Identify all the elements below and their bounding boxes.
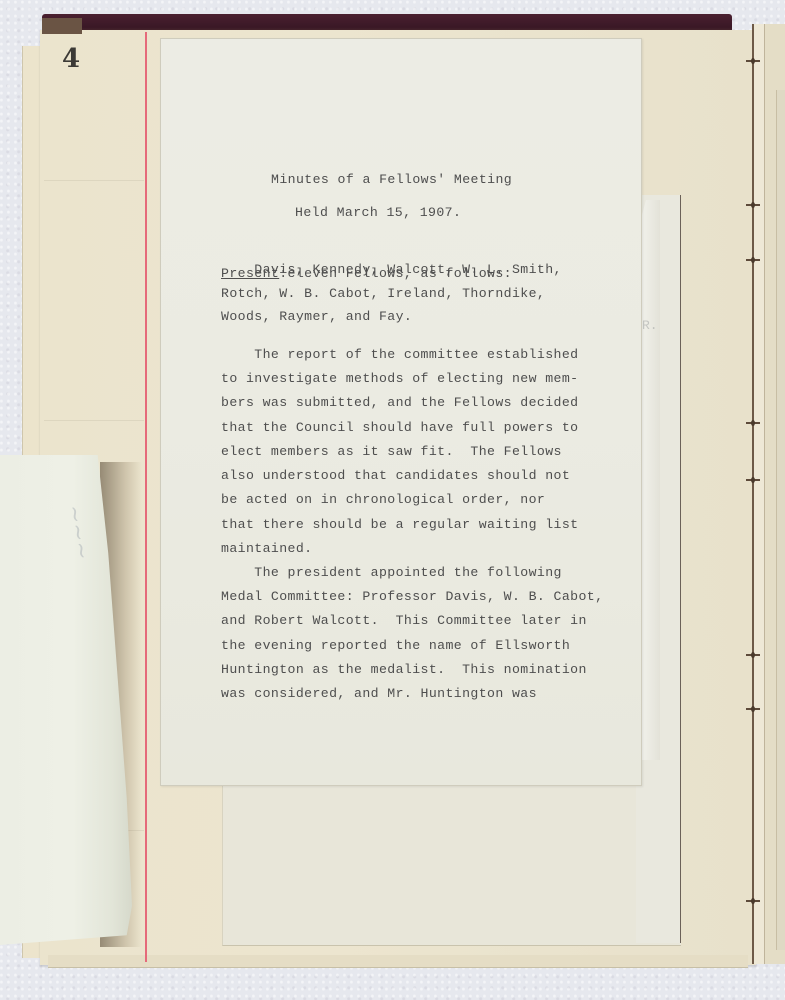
bleed-through-text: R. bbox=[642, 318, 658, 333]
red-margin-line bbox=[145, 32, 147, 962]
ruled-line bbox=[44, 420, 144, 421]
document-line: also understood that candidates should n… bbox=[221, 469, 570, 482]
cover-corner bbox=[42, 18, 82, 34]
document-line: The president appointed the following bbox=[221, 566, 562, 579]
document-line: that there should be a regular waiting l… bbox=[221, 518, 579, 531]
ruled-line bbox=[44, 180, 144, 181]
document-line: The report of the committee established bbox=[221, 348, 579, 361]
stitch-icon bbox=[746, 58, 760, 64]
document-line: bers was submitted, and the Fellows deci… bbox=[221, 396, 579, 409]
document-line: was considered, and Mr. Huntington was bbox=[221, 687, 537, 700]
binding-strip bbox=[754, 24, 764, 964]
document-line: to investigate methods of electing new m… bbox=[221, 372, 579, 385]
binding-thread bbox=[752, 24, 754, 964]
document-line: and Robert Walcott. This Committee later… bbox=[221, 614, 587, 627]
document-line: the evening reported the name of Ellswor… bbox=[221, 639, 570, 652]
page-number: 4 bbox=[62, 44, 80, 74]
document-line: be acted on in chronological order, nor bbox=[221, 493, 545, 506]
document-title: Minutes of a Fellows' Meeting bbox=[271, 173, 512, 186]
document-date: Held March 15, 1907. bbox=[295, 206, 461, 219]
next-page-inner-sheet bbox=[776, 90, 785, 950]
stitch-icon bbox=[746, 420, 760, 426]
back-sheet-bottom bbox=[222, 780, 681, 946]
document-line: Rotch, W. B. Cabot, Ireland, Thorndike, bbox=[221, 287, 545, 300]
document-line: Davis, Kennedy, Walcott, W. L. Smith, bbox=[221, 263, 562, 276]
document-line: Medal Committee: Professor Davis, W. B. … bbox=[221, 590, 603, 603]
stitch-icon bbox=[746, 898, 760, 904]
document-line: maintained. bbox=[221, 542, 312, 555]
stitch-icon bbox=[746, 652, 760, 658]
document-line: that the Council should have full powers… bbox=[221, 421, 579, 434]
document-line: Huntington as the medalist. This nominat… bbox=[221, 663, 587, 676]
stitch-icon bbox=[746, 477, 760, 483]
stitch-icon bbox=[746, 202, 760, 208]
stitch-icon bbox=[746, 706, 760, 712]
typed-minutes-sheet: Minutes of a Fellows' Meeting Held March… bbox=[160, 38, 642, 786]
page-bottom-edge bbox=[48, 955, 748, 968]
stitch-icon bbox=[746, 257, 760, 263]
back-sheet-fold bbox=[640, 200, 660, 760]
document-line: Woods, Raymer, and Fay. bbox=[221, 310, 412, 323]
document-line: elect members as it saw fit. The Fellows bbox=[221, 445, 562, 458]
